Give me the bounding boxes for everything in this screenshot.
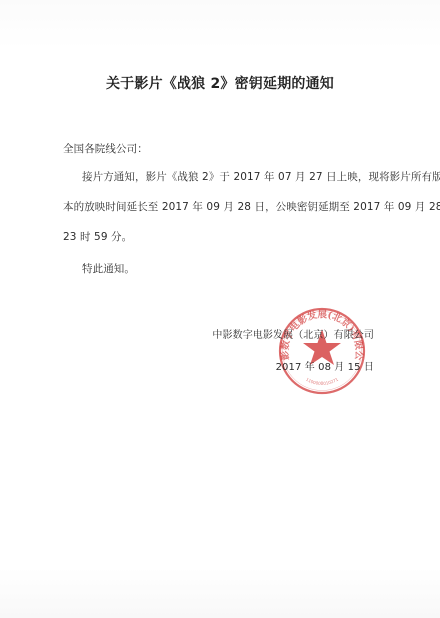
- document-title: 关于影片《战狼 2》密钥延期的通知: [0, 73, 440, 93]
- signature-company: 中影数字电影发展（北京）有限公司: [212, 326, 374, 341]
- svg-text:1100000010271: 1100000010271: [305, 376, 339, 386]
- signature-date: 2017 年 08 月 15 日: [276, 358, 374, 373]
- salutation: 全国各院线公司：: [63, 141, 148, 156]
- body-line-1: 接片方通知，影片《战狼 2》于 2017 年 07 月 27 日上映，现将影片所…: [82, 169, 440, 184]
- closing-remark: 特此通知。: [82, 261, 135, 276]
- body-line-2: 本的放映时间延长至 2017 年 09 月 28 日，公映密钥延期至 2017 …: [63, 199, 440, 214]
- body-line-3: 23 时 59 分。: [63, 229, 132, 244]
- document-page: 中影数字电影发展(北京)有限公司 1100000010271 关于影片《战狼 2…: [0, 0, 440, 618]
- company-seal-icon: 中影数字电影发展(北京)有限公司 1100000010271: [278, 307, 366, 395]
